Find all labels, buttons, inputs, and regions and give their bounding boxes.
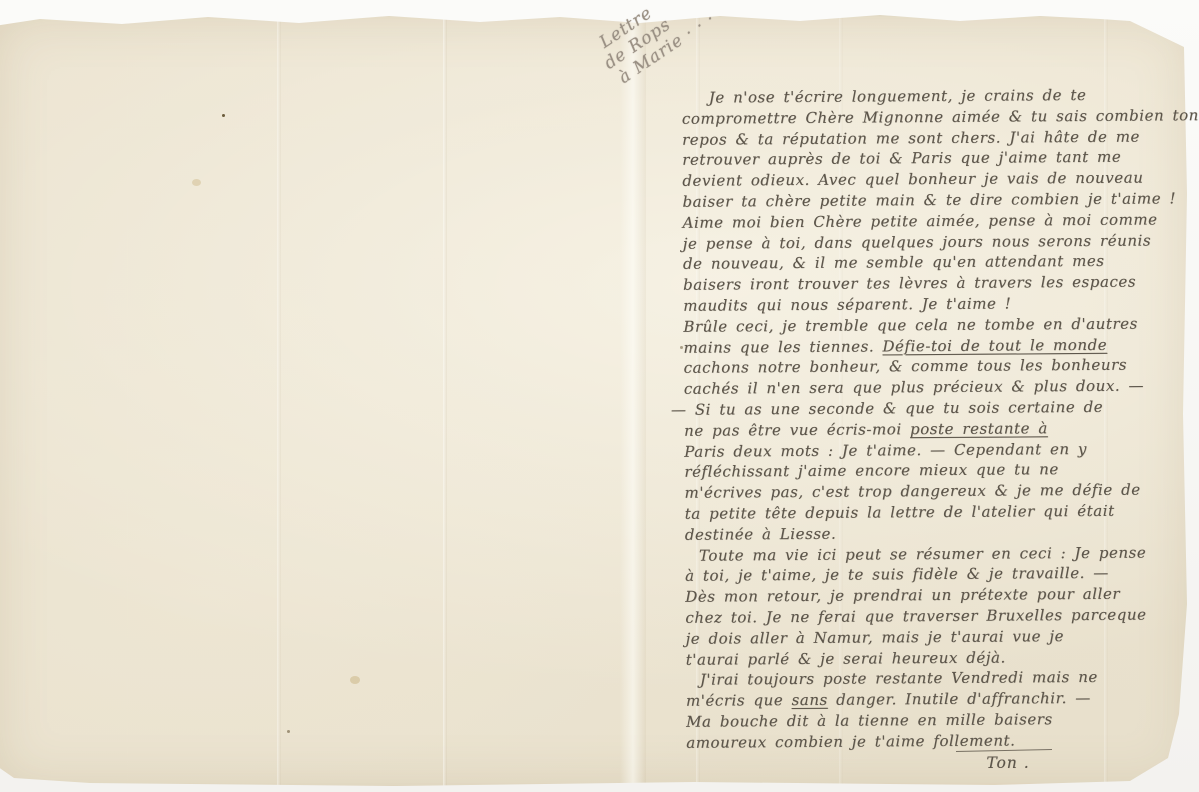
letter-line: Aime moi bien Chère petite aimée, pense … bbox=[683, 209, 1188, 233]
letter-line: Toute ma vie ici peut se résumer en ceci… bbox=[685, 542, 1190, 566]
letter-line-text: ne pas être vue écris-moi bbox=[684, 420, 910, 440]
stain-spot bbox=[192, 179, 201, 186]
fold-crease bbox=[443, 14, 447, 788]
letter-line-text: m'écris que bbox=[686, 691, 792, 710]
letter-line: baisers iront trouver tes lèvres à trave… bbox=[683, 271, 1188, 295]
fold-crease bbox=[277, 14, 281, 788]
letter-line: compromettre Chère Mignonne aimée & tu s… bbox=[682, 105, 1187, 129]
underlined-phrase: sans bbox=[791, 691, 827, 709]
signature-rule bbox=[956, 749, 1052, 752]
scanned-letter: Lettre de Rops à Marie · · · Je n'ose t'… bbox=[0, 0, 1199, 792]
stain-spot bbox=[287, 730, 290, 733]
center-fold-crease bbox=[620, 14, 646, 788]
stain-spot bbox=[222, 114, 225, 117]
letter-line: je pense à toi, dans quelques jours nous… bbox=[683, 230, 1188, 254]
letter-body: Je n'ose t'écrire longuement, je crains … bbox=[682, 84, 1192, 753]
letter-line: Brûle ceci, je tremble que cela ne tombe… bbox=[683, 313, 1188, 337]
letter-line-text: danger. Inutile d'affranchir. — bbox=[828, 689, 1091, 709]
letter-line-text: mains que les tiennes. bbox=[683, 337, 882, 356]
letter-line: chez toi. Je ne ferai que traverser Brux… bbox=[685, 604, 1190, 628]
letter-line: amoureux combien je t'aime follement. bbox=[686, 729, 1191, 753]
letter-line: ta petite tête depuis la lettre de l'ate… bbox=[685, 500, 1190, 524]
underlined-phrase: poste restante à bbox=[910, 419, 1048, 438]
underlined-phrase: Défie-toi de tout le monde bbox=[882, 335, 1107, 355]
signature-text: Ton . bbox=[952, 754, 1064, 772]
stain-spot bbox=[350, 676, 360, 684]
signature-block: Ton . bbox=[952, 750, 1064, 772]
letter-line: cachés il n'en sera que plus précieux & … bbox=[684, 375, 1189, 399]
